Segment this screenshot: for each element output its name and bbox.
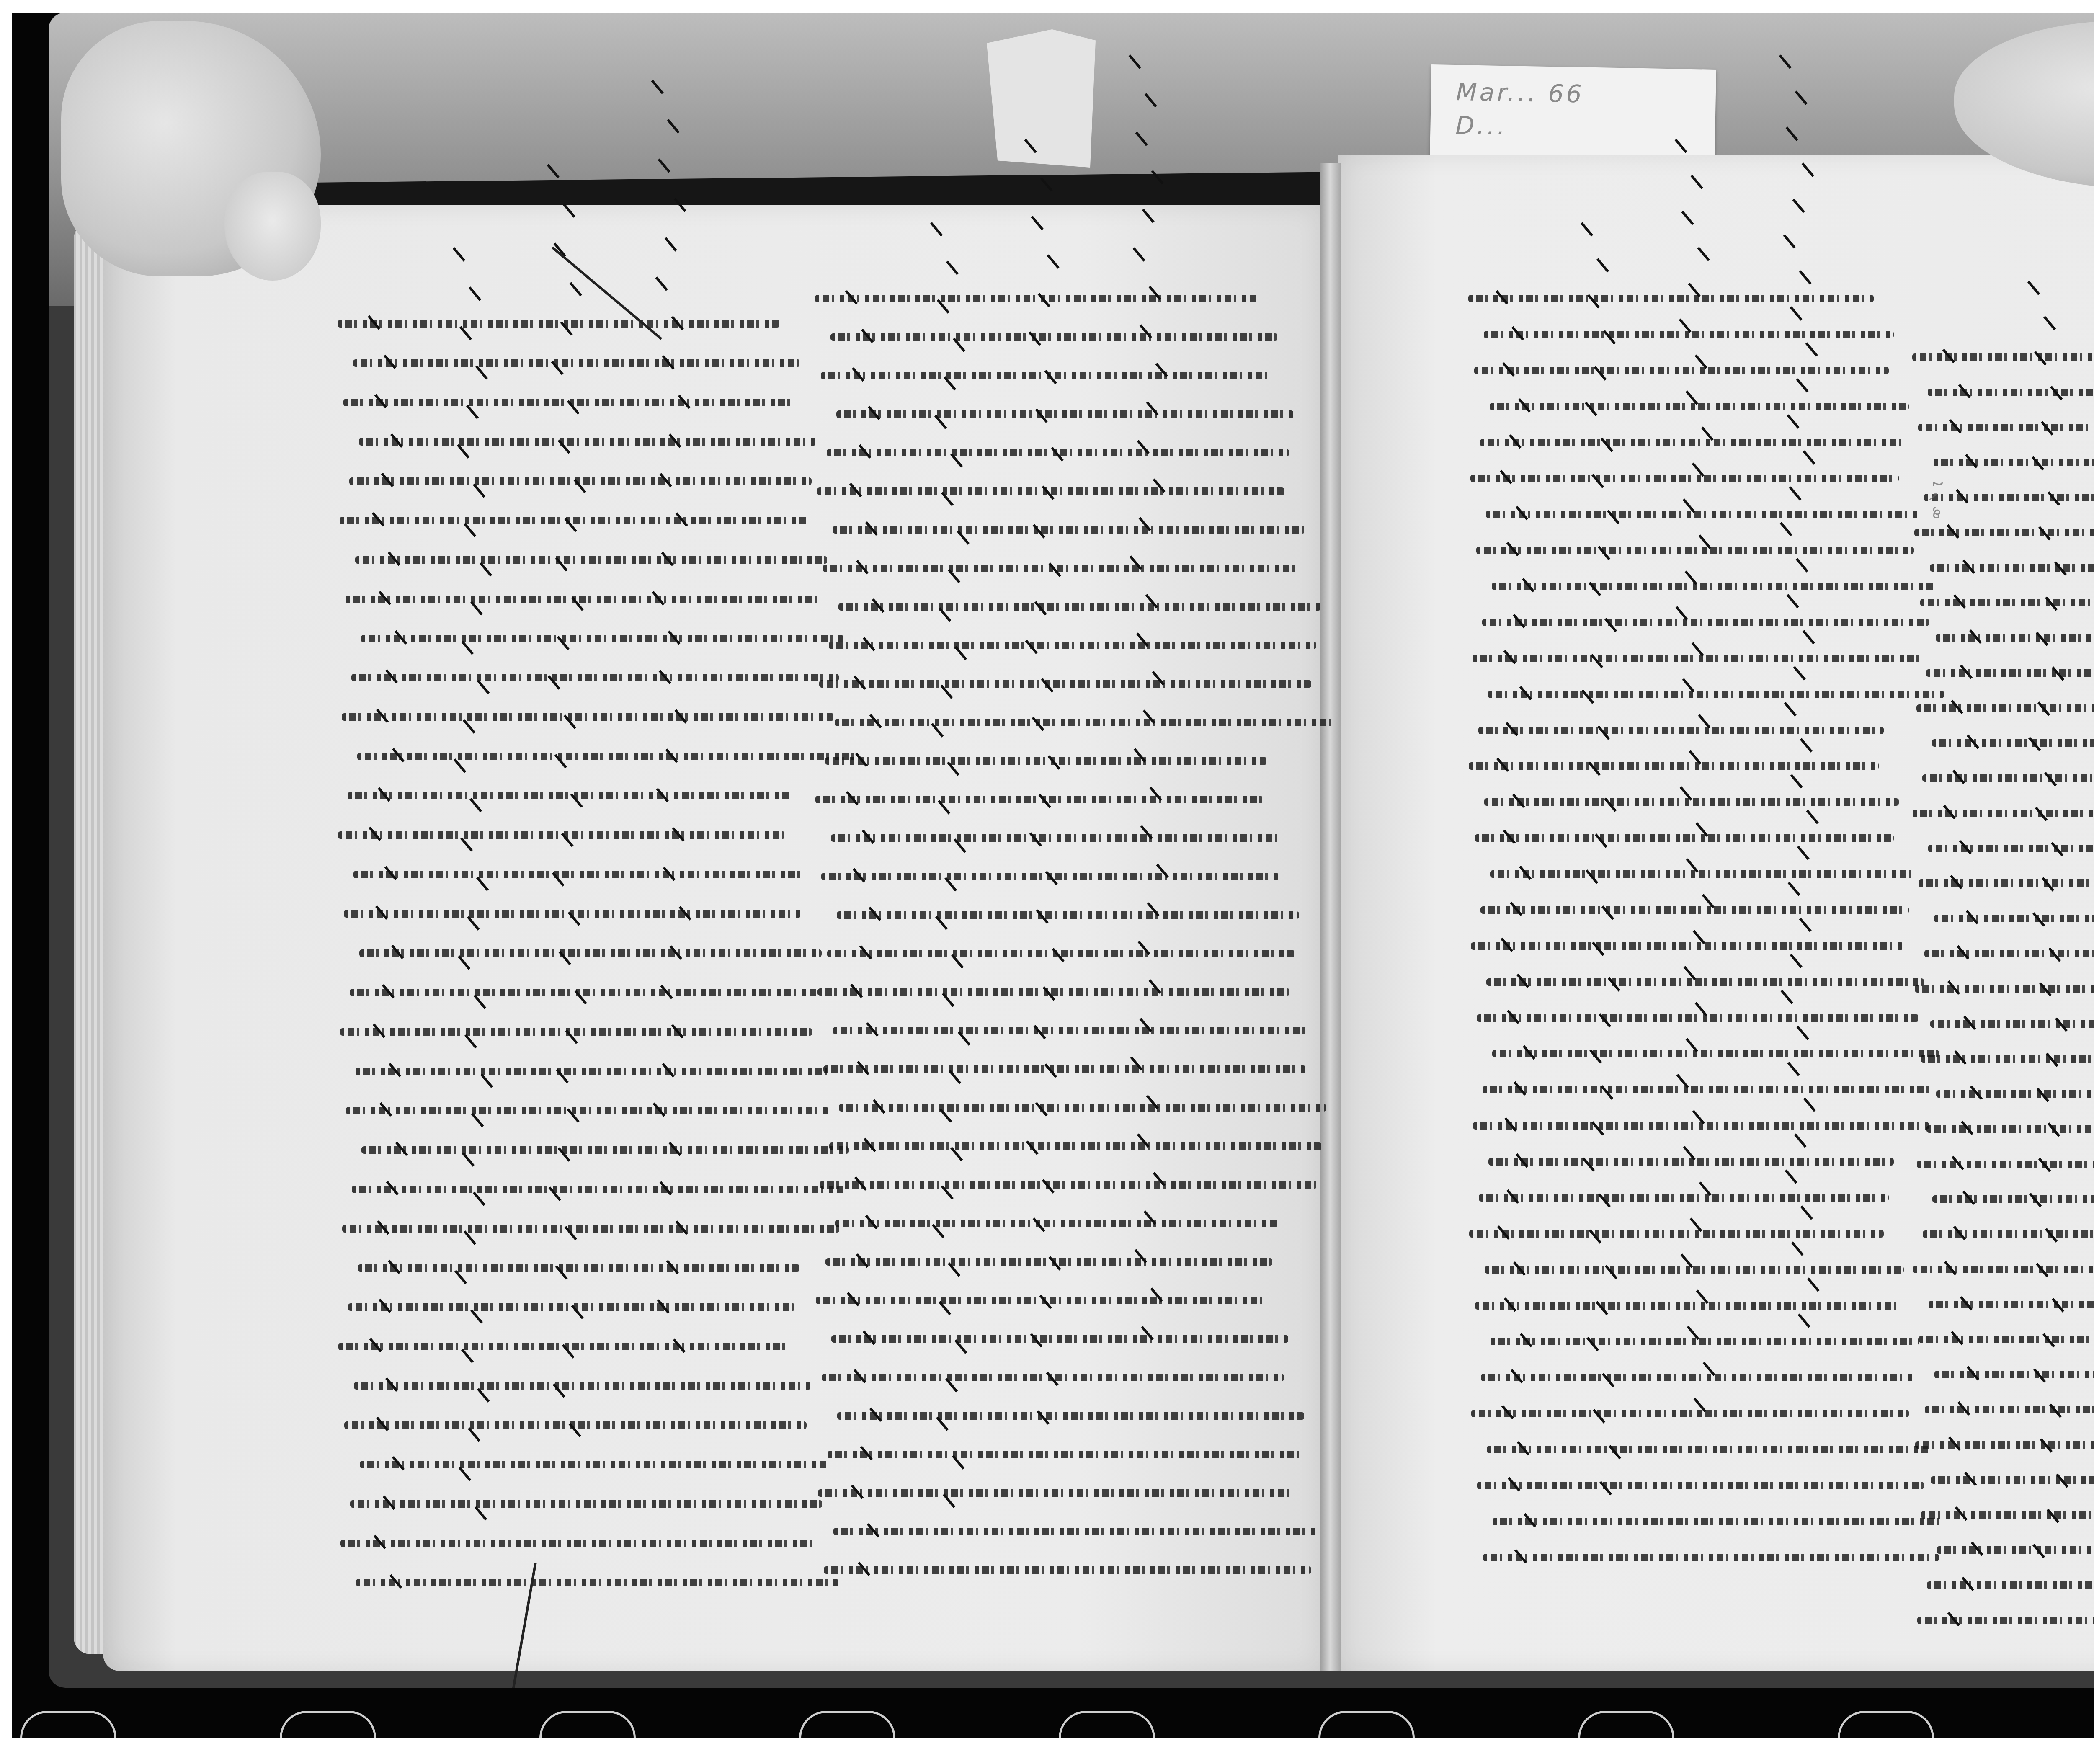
manuscript-text-line xyxy=(340,511,807,529)
manuscript-text-line xyxy=(1919,1330,2094,1348)
manuscript-text-line xyxy=(1485,1260,1904,1279)
manuscript-text-line xyxy=(350,983,817,1001)
manuscript-text-line xyxy=(1471,936,1904,955)
manuscript-text-line xyxy=(837,905,1299,924)
manuscript-text-line xyxy=(1930,1014,2094,1033)
manuscript-text-line xyxy=(833,520,1305,539)
manuscript-text-line xyxy=(1925,1400,2094,1418)
manuscript-text-line xyxy=(1919,874,2094,892)
manuscript-text-line xyxy=(360,1455,827,1473)
manuscript-text-line xyxy=(1492,577,1934,595)
manuscript-text-line xyxy=(1480,900,1909,919)
manuscript-text-line xyxy=(355,550,828,569)
manuscript-text-line xyxy=(827,944,1295,962)
manuscript-text-line xyxy=(1469,756,1879,775)
manuscript-text-line xyxy=(819,674,1312,693)
shelfmark-line-1: Mar... 66 xyxy=(1456,77,1584,108)
manuscript-text-line xyxy=(351,668,839,686)
manuscript-text-line xyxy=(346,590,823,608)
manuscript-text-line xyxy=(1469,1224,1884,1243)
manuscript-text-line xyxy=(1934,1365,2094,1383)
manuscript-text-line xyxy=(824,1560,1311,1579)
manuscript-text-line xyxy=(815,790,1263,808)
manuscript-text-line xyxy=(357,747,855,765)
manuscript-text-line xyxy=(1926,1119,2094,1138)
manuscript-text-line xyxy=(835,713,1332,731)
manuscript-text-line xyxy=(1486,505,1919,523)
manuscript-text-line xyxy=(1923,1225,2094,1243)
right-page-column-1 xyxy=(1468,289,1929,1566)
manuscript-text-line xyxy=(1928,839,2094,857)
manuscript-text-line xyxy=(829,636,1316,654)
manuscript-text-line xyxy=(830,328,1278,346)
manuscript-text-line xyxy=(820,1175,1317,1194)
left-page-column-2 xyxy=(815,289,1318,1579)
sprocket-hole xyxy=(1838,1711,1934,1738)
manuscript-text-line xyxy=(342,707,834,726)
manuscript-text-line xyxy=(1487,1440,1929,1458)
manuscript-text-line xyxy=(1491,1332,1919,1350)
manuscript-text-line xyxy=(1930,558,2094,577)
manuscript-text-line xyxy=(1483,1548,1939,1566)
manuscript-text-line xyxy=(340,1534,818,1552)
manuscript-text-line xyxy=(1493,1512,1944,1530)
manuscript-text-line xyxy=(1921,1505,2094,1524)
manuscript-text-line xyxy=(344,904,801,923)
manuscript-text-line xyxy=(833,1522,1316,1540)
manuscript-text-line xyxy=(1486,972,1924,991)
manuscript-text-line xyxy=(340,1022,812,1041)
manuscript-text-line xyxy=(1917,1155,2094,1173)
manuscript-text-line xyxy=(836,405,1294,423)
manuscript-text-line xyxy=(1480,433,1904,451)
manuscript-text-line xyxy=(1468,289,1874,307)
manuscript-text-line xyxy=(1916,699,2094,717)
manuscript-text-line xyxy=(1492,1044,1939,1063)
sprocket-hole xyxy=(20,1711,116,1738)
manuscript-text-line xyxy=(1474,361,1889,379)
manuscript-text-line xyxy=(1936,1084,2094,1103)
manuscript-text-line xyxy=(1917,1611,2094,1629)
manuscript-text-line xyxy=(827,443,1289,462)
manuscript-text-line xyxy=(1924,488,2094,506)
manuscript-text-line xyxy=(831,828,1283,847)
manuscript-text-line xyxy=(1913,1260,2094,1278)
manuscript-text-line xyxy=(338,1337,791,1355)
manuscript-text-line xyxy=(359,944,822,962)
manuscript-text-line xyxy=(818,1483,1295,1502)
manuscript-text-line xyxy=(1490,864,1914,883)
manuscript-text-line xyxy=(353,865,806,883)
manuscript-text-line xyxy=(1476,541,1914,559)
manuscript-text-line xyxy=(828,1445,1300,1463)
manuscript-text-line xyxy=(829,1137,1322,1155)
manuscript-text-line xyxy=(1484,325,1894,343)
manuscript-text-line xyxy=(1932,733,2094,752)
manuscript-text-line xyxy=(817,983,1290,1001)
manuscript-text-line xyxy=(356,1062,833,1080)
manuscript-text-line xyxy=(1473,649,1924,667)
film-sprocket-holes xyxy=(12,1713,2094,1738)
manuscript-text-line xyxy=(1934,909,2094,927)
sprocket-hole xyxy=(1059,1711,1155,1738)
left-page-column-1 xyxy=(338,314,840,1591)
sprocket-hole xyxy=(799,1711,895,1738)
manuscript-text-line xyxy=(361,629,843,647)
sprocket-hole xyxy=(280,1711,376,1738)
manuscript-text-line xyxy=(821,867,1279,885)
sprocket-hole xyxy=(1578,1711,1674,1738)
manuscript-text-line xyxy=(1477,1008,1919,1027)
sprocket-hole xyxy=(539,1711,636,1738)
manuscript-text-line xyxy=(1915,979,2094,998)
manuscript-text-line xyxy=(1484,792,1899,811)
manuscript-text-line xyxy=(338,825,785,844)
manuscript-text-line xyxy=(825,1252,1273,1271)
manuscript-text-line xyxy=(1475,1296,1899,1315)
manuscript-text-line xyxy=(823,1060,1306,1078)
manuscript-text-line xyxy=(1482,613,1929,631)
manuscript-text-line xyxy=(1488,1152,1894,1171)
manuscript-text-line xyxy=(350,1494,823,1513)
manuscript-text-line xyxy=(1478,721,1884,739)
film-frame: Mar... 66 D... ܣ ܢ ܐ 89 xyxy=(12,13,2094,1738)
manuscript-text-line xyxy=(338,314,780,333)
manuscript-text-line xyxy=(1937,1540,2094,1559)
photograph: Mar... 66 D... ܣ ܢ ܐ 89 xyxy=(49,13,2094,1688)
manuscript-text-line xyxy=(837,1406,1305,1425)
manuscript-text-line xyxy=(1488,685,1944,703)
manuscript-text-line xyxy=(1477,1476,1924,1494)
manuscript-text-line xyxy=(353,353,800,372)
manuscript-text-line xyxy=(1928,383,2094,401)
manuscript-text-line xyxy=(1927,1576,2094,1594)
manuscript-text-line xyxy=(348,786,790,805)
manuscript-text-line xyxy=(352,1180,844,1198)
manuscript-text-line xyxy=(831,1329,1289,1348)
marginal-note: ܣ ܢ ܐ xyxy=(1929,482,1948,519)
manuscript-text-line xyxy=(821,366,1273,384)
manuscript-text-line xyxy=(354,1376,811,1395)
open-manuscript: ܣ ܢ ܐ 89 xyxy=(103,138,2094,1679)
manuscript-text-line xyxy=(1914,523,2094,542)
manuscript-text-line xyxy=(1473,1116,1929,1135)
manuscript-text-line xyxy=(1918,418,2094,436)
manuscript-text-line xyxy=(1481,1368,1914,1386)
manuscript-text-line xyxy=(358,1259,800,1277)
manuscript-text-line xyxy=(1490,397,1909,415)
manuscript-text-line xyxy=(815,289,1257,307)
manuscript-text-line xyxy=(349,472,812,490)
manuscript-text-line xyxy=(816,1291,1268,1309)
manuscript-text-line xyxy=(1470,469,1899,487)
manuscript-text-line xyxy=(835,1214,1277,1232)
manuscript-text-line xyxy=(817,482,1284,500)
manuscript-text-line xyxy=(1932,1189,2094,1208)
manuscript-text-line xyxy=(359,432,816,451)
manuscript-text-line xyxy=(1934,453,2094,471)
manuscript-text-line xyxy=(825,751,1267,770)
manuscript-text-line xyxy=(1936,628,2094,647)
gutter xyxy=(1320,163,1341,1671)
manuscript-text-line xyxy=(838,597,1321,616)
manuscript-text-line xyxy=(822,1368,1284,1386)
manuscript-text-line xyxy=(839,1098,1326,1117)
manuscript-text-line xyxy=(833,1021,1310,1039)
manuscript-text-line xyxy=(1475,828,1894,847)
left-thumb xyxy=(224,172,321,281)
manuscript-text-line xyxy=(361,1140,849,1159)
manuscript-text-line xyxy=(346,1101,828,1119)
manuscript-text-line xyxy=(1922,769,2094,787)
manuscript-text-line xyxy=(1912,348,2094,366)
manuscript-text-line xyxy=(823,559,1300,577)
manuscript-text-line xyxy=(1931,1470,2094,1489)
manuscript-text-line xyxy=(1929,1295,2094,1313)
manuscript-text-line xyxy=(1926,663,2094,682)
manuscript-text-line xyxy=(1915,1435,2094,1454)
manuscript-text-line xyxy=(356,1573,838,1591)
manuscript-text-line xyxy=(342,1219,840,1238)
manuscript-text-line xyxy=(1920,593,2094,611)
manuscript-text-line xyxy=(1921,1049,2094,1068)
manuscript-text-line xyxy=(1479,1188,1889,1207)
manuscript-text-line xyxy=(348,1297,795,1316)
manuscript-text-line xyxy=(1924,944,2094,962)
manuscript-text-line xyxy=(1471,1404,1909,1422)
manuscript-text-line xyxy=(1483,1080,1934,1099)
foliation-number: 89 xyxy=(1460,1684,1494,1688)
manuscript-text-line xyxy=(343,393,796,411)
manuscript-text-line xyxy=(344,1416,807,1434)
manuscript-text-line xyxy=(1913,804,2094,822)
right-page-column-2 xyxy=(1912,348,2094,1629)
sprocket-hole xyxy=(1318,1711,1415,1738)
shelfmark-line-2: D... xyxy=(1455,111,1508,140)
